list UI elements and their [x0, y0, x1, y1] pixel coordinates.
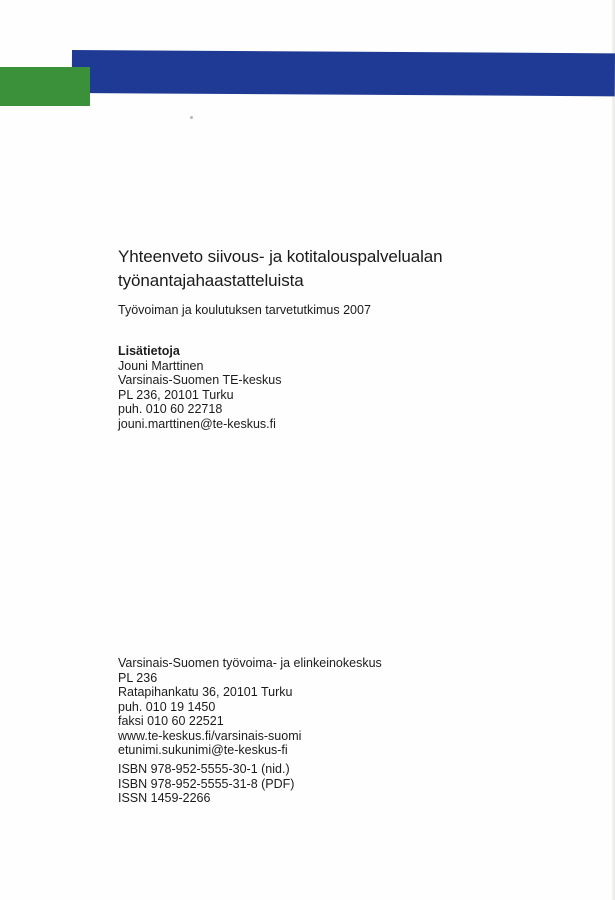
document-title-block: Yhteenveto siivous- ja kotitalouspalvelu… — [118, 245, 442, 318]
document-title-line-2: työnantajahaastatteluista — [118, 269, 442, 293]
publication-identifiers: ISBN 978-952-5555-30-1 (nid.) ISBN 978-9… — [118, 762, 294, 806]
document-title-line-1: Yhteenveto siivous- ja kotitalouspalvelu… — [118, 245, 442, 269]
contact-heading: Lisätietoja — [118, 344, 282, 359]
contact-info-block: Lisätietoja Jouni Marttinen Varsinais-Su… — [118, 344, 282, 431]
isbn-print: ISBN 978-952-5555-30-1 (nid.) — [118, 762, 294, 777]
publisher-website: www.te-keskus.fi/varsinais-suomi — [118, 729, 382, 744]
contact-address: PL 236, 20101 Turku — [118, 388, 282, 403]
publisher-po-box: PL 236 — [118, 671, 382, 686]
publisher-fax: faksi 010 60 22521 — [118, 714, 382, 729]
blue-header-band — [72, 50, 615, 96]
issn: ISSN 1459-2266 — [118, 791, 294, 806]
publisher-email: etunimi.sukunimi@te-keskus-fi — [118, 743, 382, 758]
contact-email: jouni.marttinen@te-keskus.fi — [118, 417, 282, 432]
publisher-name: Varsinais-Suomen työvoima- ja elinkeinok… — [118, 656, 382, 671]
contact-name: Jouni Marttinen — [118, 359, 282, 374]
publisher-info-block: Varsinais-Suomen työvoima- ja elinkeinok… — [118, 656, 382, 758]
publisher-street: Ratapihankatu 36, 20101 Turku — [118, 685, 382, 700]
document-subtitle: Työvoiman ja koulutuksen tarvetutkimus 2… — [118, 302, 442, 318]
green-accent-block — [0, 67, 90, 106]
contact-phone: puh. 010 60 22718 — [118, 402, 282, 417]
isbn-pdf: ISBN 978-952-5555-31-8 (PDF) — [118, 777, 294, 792]
publisher-phone: puh. 010 19 1450 — [118, 700, 382, 715]
back-cover-page: Yhteenveto siivous- ja kotitalouspalvelu… — [0, 0, 615, 900]
contact-organization: Varsinais-Suomen TE-keskus — [118, 373, 282, 388]
print-speck — [190, 116, 193, 119]
